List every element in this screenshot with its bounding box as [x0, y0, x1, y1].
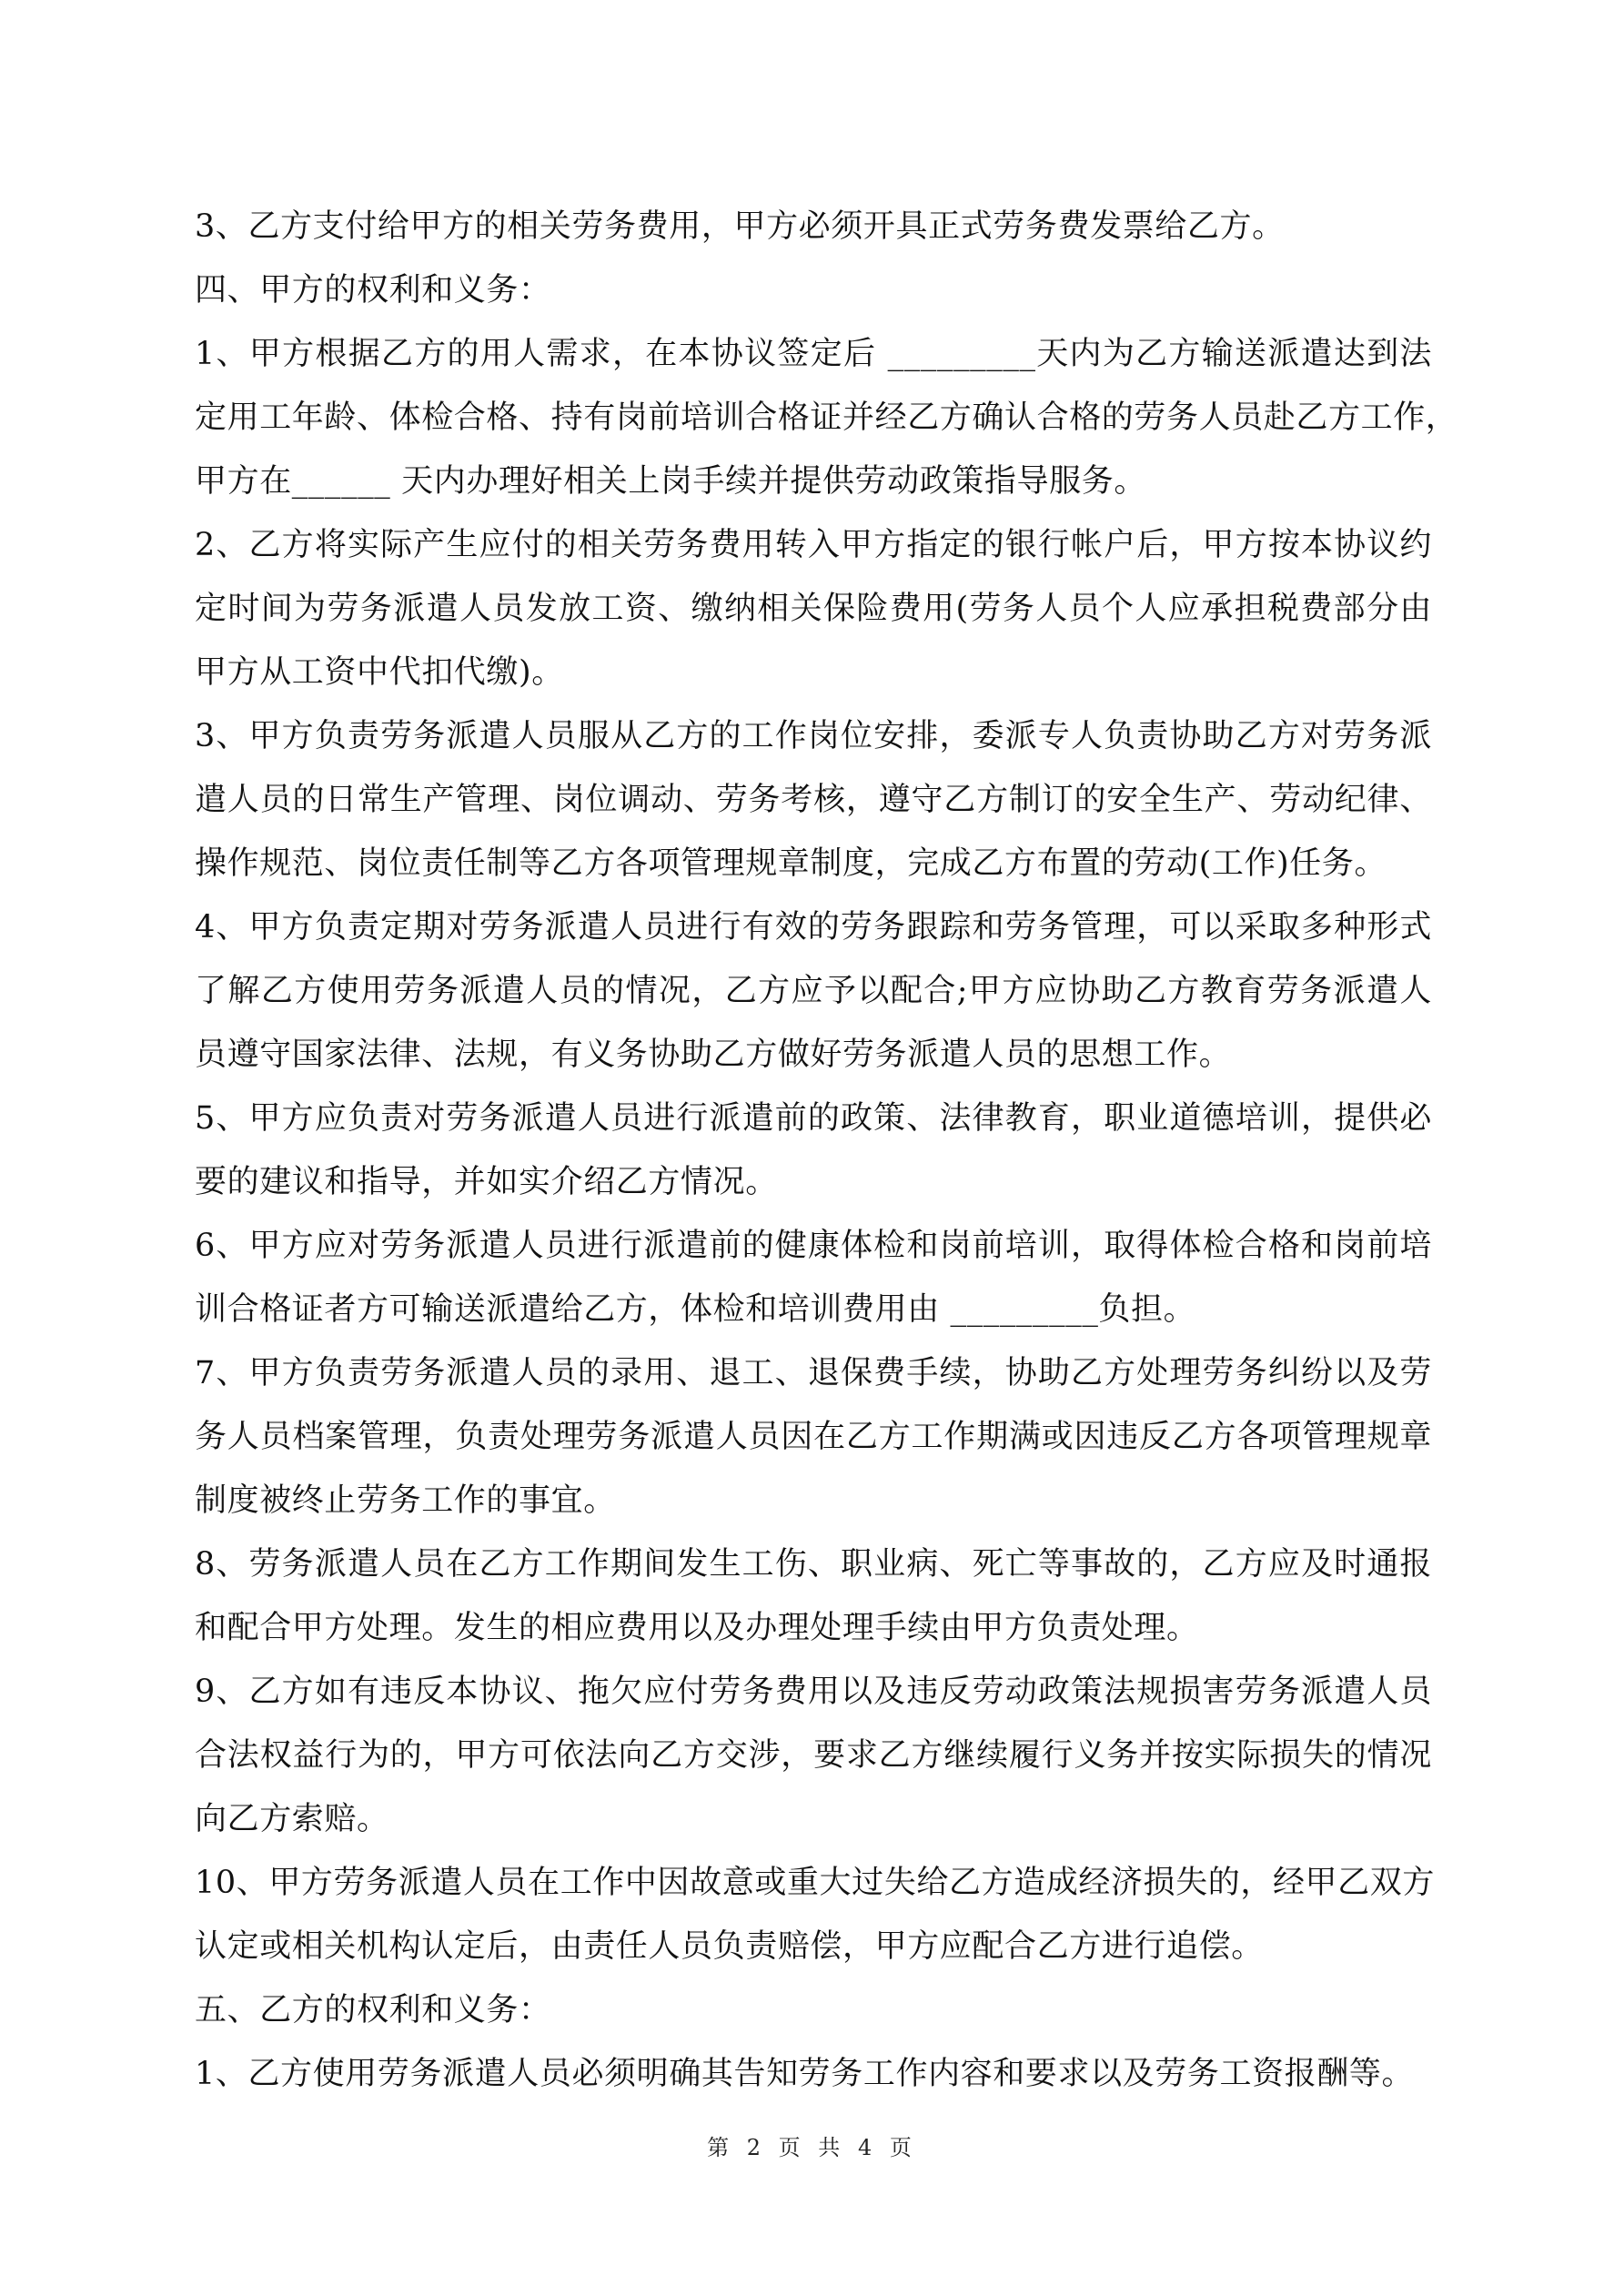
paragraph: 7、甲方负责劳务派遣人员的录用、退工、退保费手续，协助乙方处理劳务纠纷以及劳务人…: [195, 1350, 1432, 1542]
text-line: 6、甲方应对劳务派遣人员进行派遣前的健康体检和岗前培训，取得体检合格和岗前培: [195, 1223, 1432, 1287]
paragraph: 9、乙方如有违反本协议、拖欠应付劳务费用以及违反劳动政策法规损害劳务派遣人员合法…: [195, 1669, 1432, 1860]
text-line: 5、甲方应负责对劳务派遣人员进行派遣前的政策、法律教育，职业道德培训，提供必: [195, 1096, 1432, 1159]
paragraph: 3、甲方负责劳务派遣人员服从乙方的工作岗位安排，委派专人负责协助乙方对劳务派遣人…: [195, 713, 1432, 905]
text-line: 认定或相关机构认定后，由责任人员负责赔偿，甲方应配合乙方进行追偿。: [195, 1924, 1432, 1988]
text-line: 务人员档案管理，负责处理劳务派遣人员因在乙方工作期满或因违反乙方各项管理规章: [195, 1414, 1432, 1478]
text-line: 和配合甲方处理。发生的相应费用以及办理处理手续由甲方负责处理。: [195, 1605, 1432, 1669]
text-line: 四、甲方的权利和义务：: [195, 268, 1432, 331]
text-line: 员遵守国家法律、法规，有义务协助乙方做好劳务派遣人员的思想工作。: [195, 1032, 1432, 1096]
paragraph: 10、甲方劳务派遣人员在工作中因故意或重大过失给乙方造成经济损失的，经甲乙双方认…: [195, 1860, 1432, 1988]
document-body: 3、乙方支付给甲方的相关劳务费用，甲方必须开具正式劳务费发票给乙方。四、甲方的权…: [195, 204, 1432, 2115]
section-heading: 五、乙方的权利和义务：: [195, 1988, 1432, 2051]
document-page: 3、乙方支付给甲方的相关劳务费用，甲方必须开具正式劳务费发票给乙方。四、甲方的权…: [0, 0, 1624, 2296]
text-line: 9、乙方如有违反本协议、拖欠应付劳务费用以及违反劳动政策法规损害劳务派遣人员: [195, 1669, 1432, 1733]
text-line: 7、甲方负责劳务派遣人员的录用、退工、退保费手续，协助乙方处理劳务纠纷以及劳: [195, 1350, 1432, 1414]
paragraph: 8、劳务派遣人员在乙方工作期间发生工伤、职业病、死亡等事故的，乙方应及时通报和配…: [195, 1542, 1432, 1669]
paragraph: 2、乙方将实际产生应付的相关劳务费用转入甲方指定的银行帐户后，甲方按本协议约定时…: [195, 522, 1432, 713]
text-line: 训合格证者方可输送派遣给乙方，体检和培训费用由 _________负担。: [195, 1287, 1432, 1350]
text-line: 10、甲方劳务派遣人员在工作中因故意或重大过失给乙方造成经济损失的，经甲乙双方: [195, 1860, 1432, 1924]
text-line: 1、甲方根据乙方的用人需求，在本协议签定后 _________天内为乙方输送派遣…: [195, 331, 1432, 395]
paragraph: 1、乙方使用劳务派遣人员必须明确其告知劳务工作内容和要求以及劳务工资报酬等。: [195, 2051, 1432, 2115]
text-line: 甲方从工资中代扣代缴)。: [195, 650, 1432, 713]
text-line: 3、甲方负责劳务派遣人员服从乙方的工作岗位安排，委派专人负责协助乙方对劳务派: [195, 713, 1432, 777]
text-line: 操作规范、岗位责任制等乙方各项管理规章制度，完成乙方布置的劳动(工作)任务。: [195, 841, 1432, 905]
paragraph: 1、甲方根据乙方的用人需求，在本协议签定后 _________天内为乙方输送派遣…: [195, 331, 1432, 522]
text-line: 向乙方索赔。: [195, 1796, 1432, 1860]
text-line: 2、乙方将实际产生应付的相关劳务费用转入甲方指定的银行帐户后，甲方按本协议约: [195, 522, 1432, 586]
text-line: 4、甲方负责定期对劳务派遣人员进行有效的劳务跟踪和劳务管理，可以采取多种形式: [195, 905, 1432, 968]
text-line: 1、乙方使用劳务派遣人员必须明确其告知劳务工作内容和要求以及劳务工资报酬等。: [195, 2051, 1432, 2115]
paragraph: 4、甲方负责定期对劳务派遣人员进行有效的劳务跟踪和劳务管理，可以采取多种形式了解…: [195, 905, 1432, 1096]
text-line: 8、劳务派遣人员在乙方工作期间发生工伤、职业病、死亡等事故的，乙方应及时通报: [195, 1542, 1432, 1605]
page-footer: 第 2 页 共 4 页: [0, 2134, 1624, 2161]
text-line: 了解乙方使用劳务派遣人员的情况，乙方应予以配合;甲方应协助乙方教育劳务派遣人: [195, 968, 1432, 1032]
text-line: 甲方在______ 天内办理好相关上岗手续并提供劳动政策指导服务。: [195, 459, 1432, 522]
paragraph: 5、甲方应负责对劳务派遣人员进行派遣前的政策、法律教育，职业道德培训，提供必要的…: [195, 1096, 1432, 1223]
paragraph: 3、乙方支付给甲方的相关劳务费用，甲方必须开具正式劳务费发票给乙方。: [195, 204, 1432, 268]
section-heading: 四、甲方的权利和义务：: [195, 268, 1432, 331]
text-line: 3、乙方支付给甲方的相关劳务费用，甲方必须开具正式劳务费发票给乙方。: [195, 204, 1432, 268]
text-line: 合法权益行为的，甲方可依法向乙方交涉，要求乙方继续履行义务并按实际损失的情况: [195, 1733, 1432, 1796]
text-line: 要的建议和指导，并如实介绍乙方情况。: [195, 1159, 1432, 1223]
text-line: 制度被终止劳务工作的事宜。: [195, 1478, 1432, 1542]
text-line: 定用工年龄、体检合格、持有岗前培训合格证并经乙方确认合格的劳务人员赴乙方工作，: [195, 395, 1432, 459]
text-line: 定时间为劳务派遣人员发放工资、缴纳相关保险费用(劳务人员个人应承担税费部分由: [195, 586, 1432, 650]
text-line: 遣人员的日常生产管理、岗位调动、劳务考核，遵守乙方制订的安全生产、劳动纪律、: [195, 777, 1432, 841]
text-line: 五、乙方的权利和义务：: [195, 1988, 1432, 2051]
paragraph: 6、甲方应对劳务派遣人员进行派遣前的健康体检和岗前培训，取得体检合格和岗前培训合…: [195, 1223, 1432, 1350]
